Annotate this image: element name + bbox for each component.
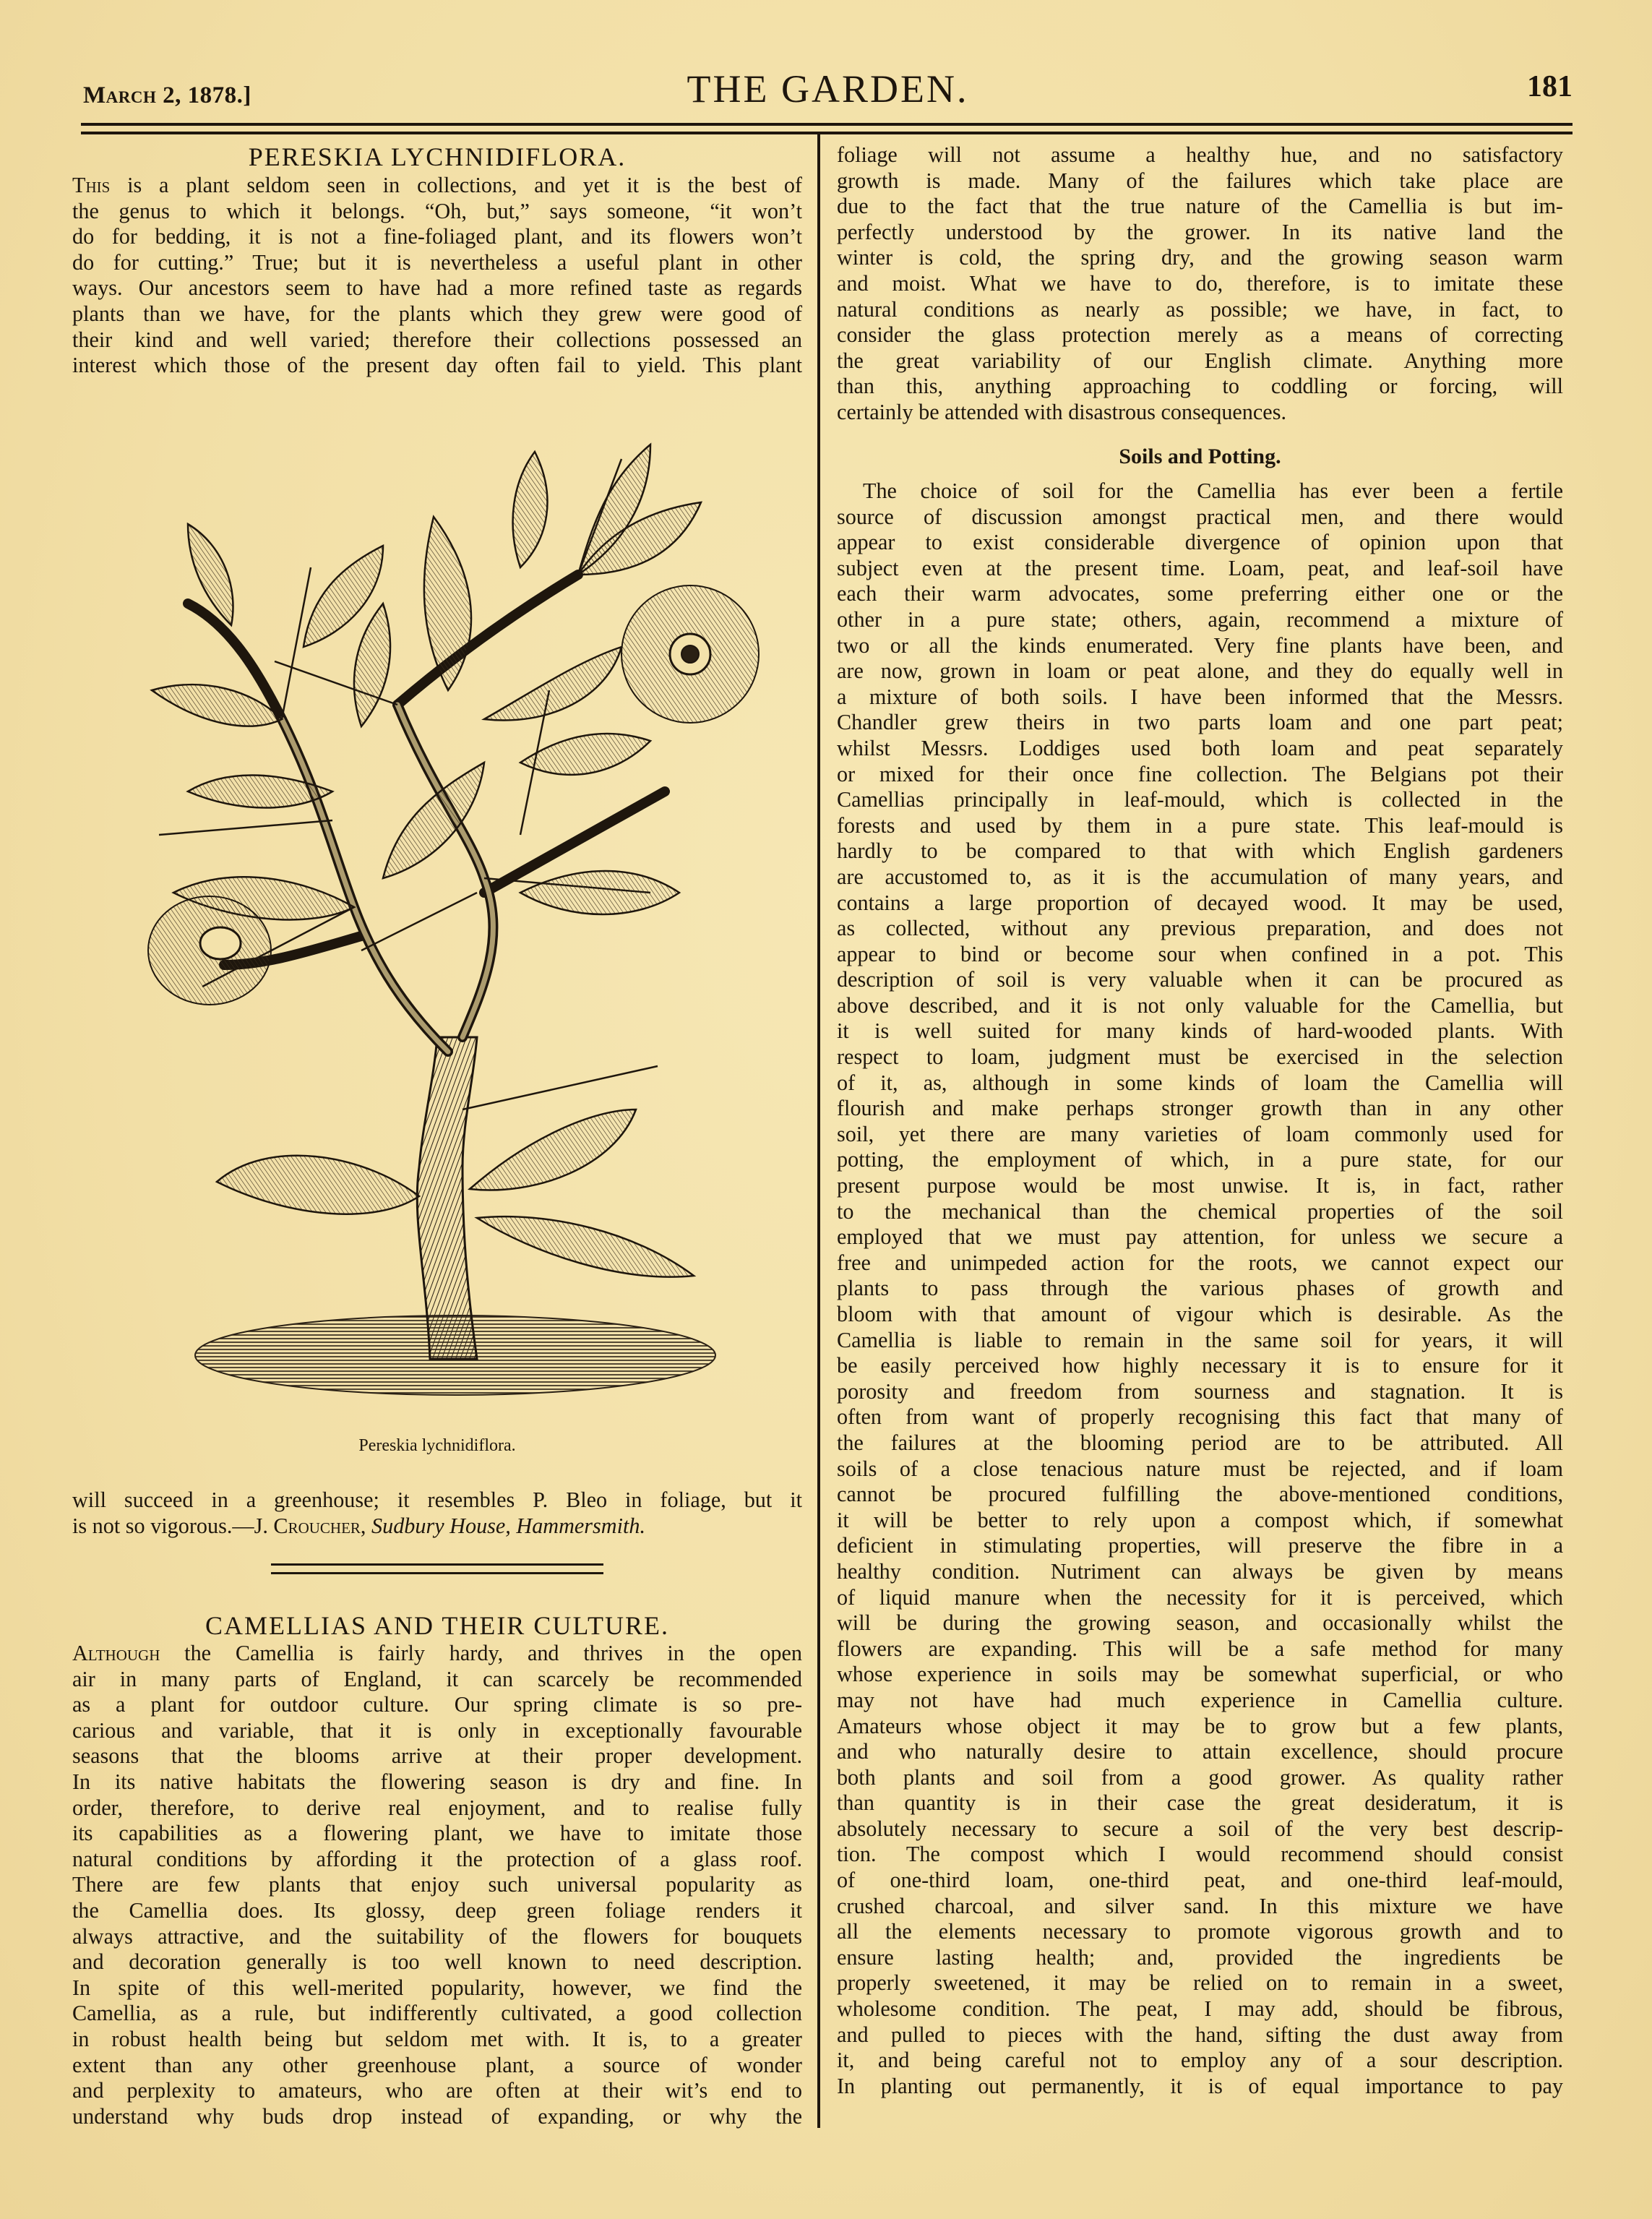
text-line: the great variability of our English cli…: [837, 348, 1563, 374]
column-divider: [817, 134, 820, 2128]
text-line: consider the glass protection merely as …: [837, 322, 1563, 348]
text-line: crushed charcoal, and silver sand. In th…: [837, 1894, 1563, 1920]
text-line: plants to pass through the various phase…: [837, 1276, 1563, 1302]
text-line: whose experience in soils may be somewha…: [837, 1662, 1563, 1688]
text-line: In spite of this well-merited popularity…: [72, 1975, 802, 2001]
text-line: to the mechanical than the chemical prop…: [837, 1199, 1563, 1225]
article-separator-lower: [271, 1572, 603, 1574]
text-line: soils of a close tenacious nature must b…: [837, 1456, 1563, 1482]
header-rule-lower: [81, 132, 1573, 134]
text-line: above described, and it is not only valu…: [837, 993, 1563, 1019]
text-line: it, and being careful not to employ any …: [837, 2048, 1563, 2074]
text-line: wholesome condition. The peat, I may add…: [837, 1996, 1563, 2022]
plant-engraving-icon: [145, 387, 766, 1413]
text-line: There are few plants that enjoy such uni…: [72, 1872, 802, 1898]
text-line: do for bedding, it is not a fine-foliage…: [72, 224, 802, 250]
text-line: the failures at the blooming period are …: [837, 1430, 1563, 1456]
text-line: or mixed for their once fine collection.…: [837, 762, 1563, 788]
text-line: plants than we have, for the plants whic…: [72, 301, 802, 327]
text-line: Chandler grew theirs in two parts loam a…: [837, 710, 1563, 736]
author-name: J. Croucher,: [254, 1514, 366, 1538]
text-line: Camellias principally in leaf-mould, whi…: [837, 787, 1563, 813]
section-title-soils: Soils and Potting.: [837, 441, 1563, 473]
text-line: carious and variable, that it is only in…: [72, 1718, 802, 1744]
text-line: bloom with that amount of vigour which i…: [837, 1302, 1563, 1328]
text-line: foliage will not assume a healthy hue, a…: [837, 142, 1563, 168]
text-line: always attractive, and the suitability o…: [72, 1924, 802, 1950]
text-line: natural conditions by affording it the p…: [72, 1847, 802, 1873]
text-line: do for cutting.” True; but it is neverth…: [72, 250, 802, 276]
text-line: the genus to which it belongs. “Oh, but,…: [72, 199, 802, 225]
text-line: than quantity is in their case the great…: [837, 1790, 1563, 1816]
text-line: hardly to be compared to that with which…: [837, 838, 1563, 864]
text-line: seasons that the blooms arrive at their …: [72, 1743, 802, 1769]
header-rule-upper: [81, 123, 1573, 126]
text-line: porosity and freedom from sourness and s…: [837, 1379, 1563, 1405]
article-pereskia-intro: PERESKIA LYCHNIDIFLORA. This is a plant …: [72, 141, 802, 379]
article-title-camellias: CAMELLIAS AND THEIR CULTURE.: [72, 1610, 802, 1641]
text-line: soil, yet there are many varieties of lo…: [837, 1122, 1563, 1148]
text-line: other in a pure state; others, again, re…: [837, 607, 1563, 633]
text-line: potting, the employment of which, in a p…: [837, 1147, 1563, 1173]
text-line: subject even at the present time. Loam, …: [837, 556, 1563, 582]
article-title-pereskia: PERESKIA LYCHNIDIFLORA.: [72, 141, 802, 173]
text-line: forests and used by them in a pure state…: [837, 813, 1563, 839]
text-line: understand why buds drop instead of expa…: [72, 2104, 802, 2130]
article-pereskia-conclusion: will succeed in a greenhouse; it resembl…: [72, 1488, 802, 1539]
text-line: and moist. What we have to do, therefore…: [837, 271, 1563, 297]
running-head: March 2, 1878.] THE GARDEN. 181: [83, 66, 1573, 117]
article-camellias-continued: foliage will not assume a healthy hue, a…: [837, 142, 1563, 426]
text-line: of it, as, although in some kinds of loa…: [837, 1070, 1563, 1096]
text-line: cannot be procured fulfilling the above-…: [837, 1482, 1563, 1508]
text-line: and decoration generally is too well kno…: [72, 1949, 802, 1975]
text-line: This is a plant seldom seen in collectio…: [72, 173, 802, 199]
text-line: their kind and well varied; therefore th…: [72, 327, 802, 353]
text-line: Camellia, as a rule, but indifferently c…: [72, 2001, 802, 2027]
text-line: tion. The compost which I would recommen…: [837, 1842, 1563, 1868]
text-line: will succeed in a greenhouse; it resembl…: [72, 1488, 802, 1514]
text-line: certainly be attended with disastrous co…: [837, 400, 1563, 426]
text-line: free and unimpeded action for the roots,…: [837, 1250, 1563, 1276]
text-line: natural conditions as nearly as possible…: [837, 297, 1563, 323]
figure-caption-block: Pereskia lychnidiflora.: [72, 1433, 802, 1459]
text-line: source of discussion amongst practical m…: [837, 505, 1563, 531]
text-line: in robust health being but seldom met wi…: [72, 2027, 802, 2053]
text-line: may not have had much experience in Came…: [837, 1688, 1563, 1714]
text-line: respect to loam, judgment must be exerci…: [837, 1044, 1563, 1070]
text-line: winter is cold, the spring dry, and the …: [837, 245, 1563, 271]
text-line: all the elements necessary to promote vi…: [837, 1919, 1563, 1945]
text-line: both plants and soil from a good grower.…: [837, 1765, 1563, 1791]
text-line: deficient in stimulating properties, wil…: [837, 1533, 1563, 1559]
lead-word: Although: [72, 1641, 160, 1665]
section-soils-body: The choice of soil for the Camellia has …: [837, 478, 1563, 2099]
text-line: often from want of properly recognising …: [837, 1404, 1563, 1430]
text-line: properly sweetened, it may be relied on …: [837, 1970, 1563, 1996]
text-line: perfectly understood by the grower. In i…: [837, 220, 1563, 246]
text-line: two or all the kinds enumerated. Very fi…: [837, 633, 1563, 659]
text-line: air in many parts of England, it can sca…: [72, 1667, 802, 1693]
text-line: are now, grown in loam or peat alone, an…: [837, 658, 1563, 684]
text-line: extent than any other greenhouse plant, …: [72, 2053, 802, 2079]
lead-word: This: [72, 173, 110, 197]
pereskia-engraving-illustration: [145, 387, 766, 1413]
text-line: of liquid manure when the necessity for …: [837, 1585, 1563, 1611]
article-separator-upper: [271, 1563, 603, 1566]
author-location: Sudbury House, Hammersmith.: [366, 1514, 645, 1538]
text-line: interest which those of the present day …: [72, 353, 802, 379]
text-line: be easily perceived how highly necessary…: [837, 1353, 1563, 1379]
text-line: ensure lasting health; and, provided the…: [837, 1945, 1563, 1971]
text-line-signature: is not so vigorous.—J. Croucher, Sudbury…: [72, 1514, 802, 1540]
publication-title: THE GARDEN.: [83, 66, 1573, 111]
section-soils-and-potting: Soils and Potting.: [837, 441, 1563, 473]
text-line: absolutely necessary to secure a soil of…: [837, 1816, 1563, 1842]
text-line: present purpose would be most unwise. It…: [837, 1173, 1563, 1199]
text-line: it is well suited for many kinds of hard…: [837, 1018, 1563, 1044]
text-line: will be during the growing season, and o…: [837, 1610, 1563, 1636]
text-line: Camellia is liable to remain in the same…: [837, 1328, 1563, 1354]
text-line: In planting out permanently, it is of eq…: [837, 2074, 1563, 2100]
text-line: of one-third loam, one-third peat, and o…: [837, 1868, 1563, 1894]
text-line: and who naturally desire to attain excel…: [837, 1739, 1563, 1765]
text-line: than this, anything approaching to coddl…: [837, 374, 1563, 400]
text-line: due to the fact that the true nature of …: [837, 194, 1563, 220]
article-camellias-start: CAMELLIAS AND THEIR CULTURE. Although th…: [72, 1610, 802, 2129]
text-line: order, therefore, to derive real enjoyme…: [72, 1795, 802, 1821]
text-line: growth is made. Many of the failures whi…: [837, 168, 1563, 194]
text-line: are accustomed to, as it is the accumula…: [837, 864, 1563, 890]
text-line: contains a large proportion of decayed w…: [837, 890, 1563, 917]
text-line: the Camellia does. Its glossy, deep gree…: [72, 1898, 802, 1924]
text-line: appear to bind or become sour when confi…: [837, 942, 1563, 968]
text-line: its capabilities as a flowering plant, w…: [72, 1821, 802, 1847]
figure-caption: Pereskia lychnidiflora.: [72, 1433, 802, 1459]
text-line: Amateurs whose object it may be to grow …: [837, 1714, 1563, 1740]
text-line: it will be better to rely upon a compost…: [837, 1508, 1563, 1534]
text-line: and pulled to pieces with the hand, sift…: [837, 2022, 1563, 2048]
text-line: ways. Our ancestors seem to have had a m…: [72, 275, 802, 301]
text-line: flourish and make perhaps stronger growt…: [837, 1096, 1563, 1122]
text-line: employed that we must pay attention, for…: [837, 1224, 1563, 1250]
text-line: a mixture of both soils. I have been inf…: [837, 684, 1563, 711]
page-number: 181: [1527, 69, 1573, 104]
text-line: whilst Messrs. Loddiges used both loam a…: [837, 736, 1563, 762]
text-line: The choice of soil for the Camellia has …: [837, 478, 1563, 505]
text-line: as a plant for outdoor culture. Our spri…: [72, 1692, 802, 1718]
text-line: Although the Camellia is fairly hardy, a…: [72, 1641, 802, 1667]
text-line: appear to exist considerable divergence …: [837, 530, 1563, 556]
text-line: and perplexity to amateurs, who are ofte…: [72, 2078, 802, 2104]
text-line: flowers are expanding. This will be a sa…: [837, 1636, 1563, 1662]
text-line: In its native habitats the flowering sea…: [72, 1769, 802, 1795]
text-line: healthy condition. Nutriment can always …: [837, 1559, 1563, 1585]
text-line: description of soil is very valuable whe…: [837, 967, 1563, 993]
text-line: each their warm advocates, some preferri…: [837, 581, 1563, 607]
text-line: as collected, without any previous prepa…: [837, 916, 1563, 942]
